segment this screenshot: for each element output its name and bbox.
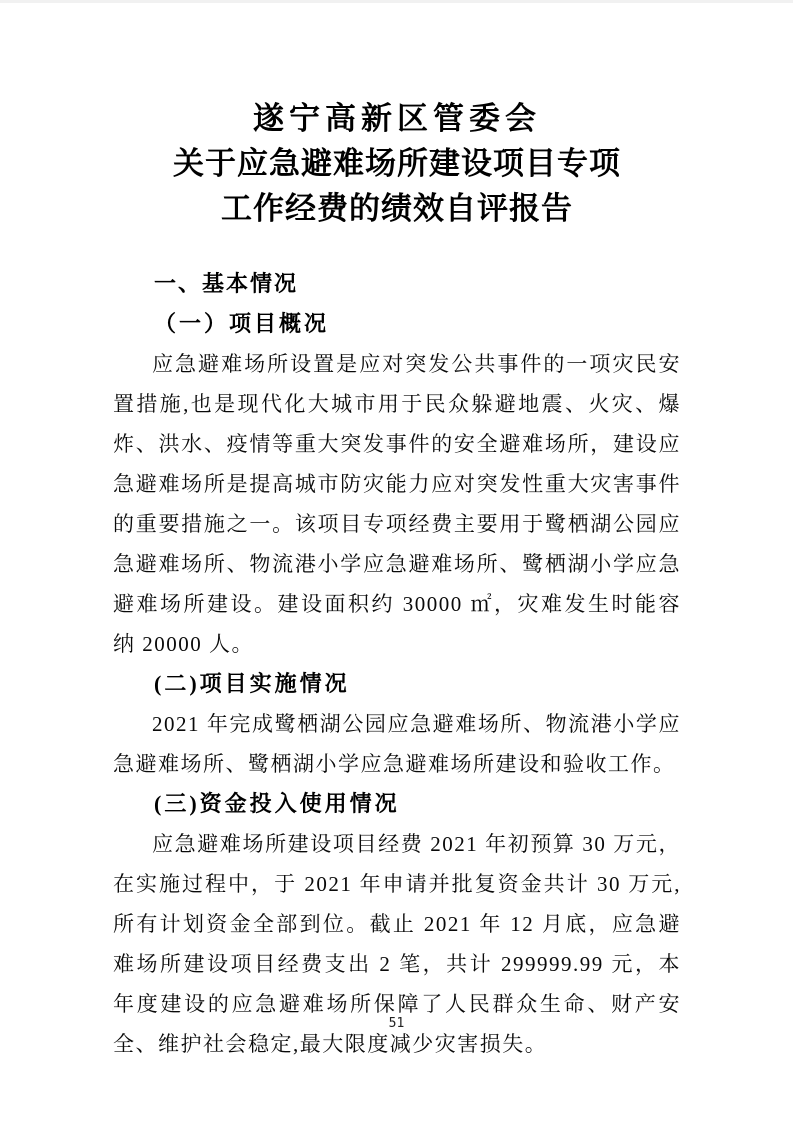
subsection-heading-project-implementation: (二)项目实施情况 [113,664,681,704]
paragraph-project-overview: 应急避难场所设置是应对突发公共事件的一项灾民安置措施,也是现代化大城市用于民众躲… [113,344,681,664]
document-title: 遂宁高新区管委会 关于应急避难场所建设项目专项 工作经费的绩效自评报告 [113,96,681,231]
subsection-heading-project-overview: （一）项目概况 [113,304,681,344]
document-title-line-2: 关于应急避难场所建设项目专项 [113,141,681,186]
document-title-line-3: 工作经费的绩效自评报告 [113,186,681,231]
paragraph-project-implementation: 2021 年完成鹭栖湖公园应急避难场所、物流港小学应急避难场所、鹭栖湖小学应急避… [113,704,681,784]
page-number: 51 [0,1016,793,1031]
page-top-edge [0,0,793,3]
section-heading-basic-situation: 一、基本情况 [113,264,681,304]
document-title-line-1: 遂宁高新区管委会 [113,96,681,141]
document-page: 遂宁高新区管委会 关于应急避难场所建设项目专项 工作经费的绩效自评报告 一、基本… [0,0,793,1122]
subsection-heading-funding-usage: (三)资金投入使用情况 [113,784,681,824]
